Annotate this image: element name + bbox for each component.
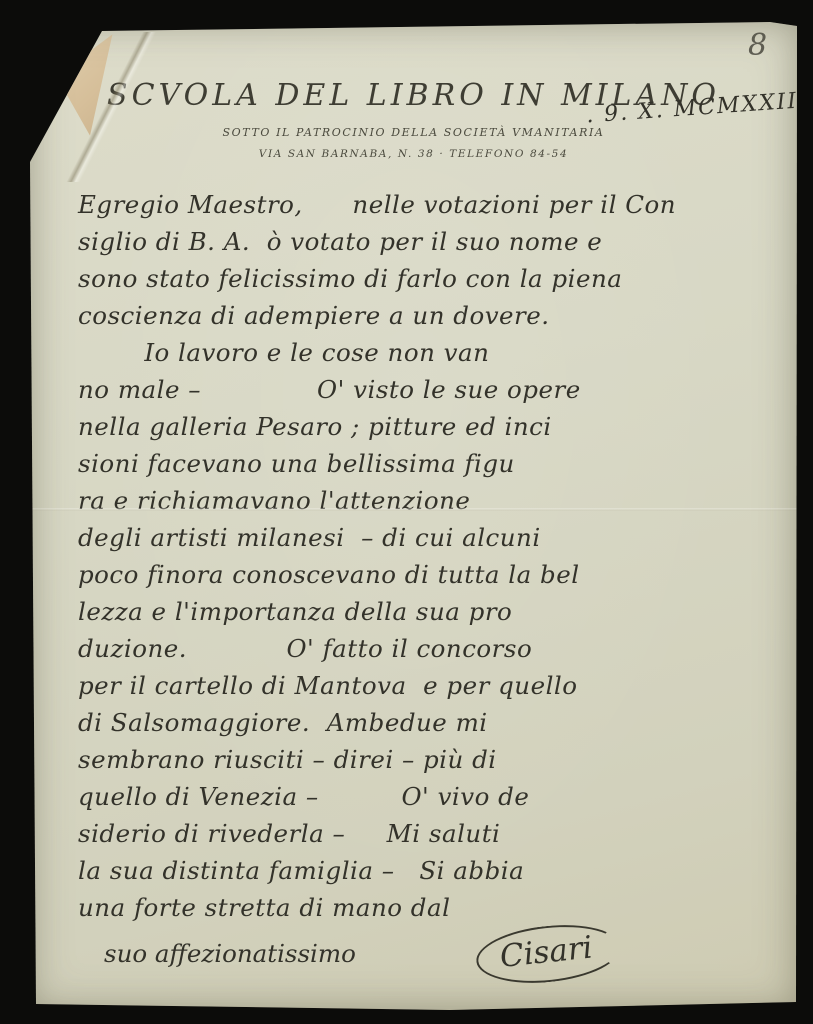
letter-line: ra e richiamavano l'attenzione	[78, 482, 761, 519]
letter-line: degli artisti milanesi – di cui alcuni	[78, 519, 761, 556]
letter-line: siglio di B. A. ò votato per il suo nome…	[78, 223, 761, 260]
scanned-letter-frame: 8 SCVOLA DEL LIBRO IN MILANO SOTTO IL PA…	[0, 0, 813, 1024]
letter-line: lezza e l'importanza della sua pro	[78, 593, 761, 630]
signature: Cisari	[473, 919, 623, 990]
letter-line: una forte stretta di mano dal	[78, 889, 761, 926]
letter-body: Egregio Maestro, nelle votazioni per il …	[30, 186, 797, 982]
folio-number: 8	[748, 28, 767, 63]
letter-line: nella galleria Pesaro ; pitture ed inci	[78, 408, 761, 445]
printed-letterhead: SCVOLA DEL LIBRO IN MILANO SOTTO IL PATR…	[30, 22, 797, 160]
letter-line: coscienza di adempiere a un dovere.	[78, 297, 761, 334]
letterhead-address-line: VIA SAN BARNABA, N. 38 · TELEFONO 84-54	[30, 148, 797, 160]
letter-line: sembrano riusciti – direi – più di	[78, 741, 761, 778]
letter-line: siderio di rivederla – Mi saluti	[78, 815, 761, 852]
letter-line: duzione. O' fatto il concorso	[78, 630, 761, 667]
letter-line: no male – O' visto le sue opere	[78, 371, 761, 408]
letter-line: Egregio Maestro, nelle votazioni per il …	[78, 186, 761, 223]
letter-paper-sheet: 8 SCVOLA DEL LIBRO IN MILANO SOTTO IL PA…	[30, 22, 797, 1010]
letter-line: Io lavoro e le cose non van	[78, 334, 761, 371]
letter-line: sioni facevano una bellissima figu	[78, 445, 761, 482]
letter-line: poco finora conoscevano di tutta la bel	[78, 556, 761, 593]
letter-line: per il cartello di Mantova e per quello	[78, 667, 761, 704]
letterhead-patronage-line: SOTTO IL PATROCINIO DELLA SOCIETÀ VMANIT…	[30, 126, 797, 139]
closing-phrase: suo affezionatissimo	[104, 932, 356, 976]
letter-line: sono stato felicissimo di farlo con la p…	[78, 260, 761, 297]
letter-line: quello di Venezia – O' vivo de	[78, 778, 761, 815]
closing-row: suo affezionatissimo Cisari	[78, 926, 761, 982]
letter-line: di Salsomaggiore. Ambedue mi	[78, 704, 761, 741]
letter-line: la sua distinta famiglia – Si abbia	[78, 852, 761, 889]
